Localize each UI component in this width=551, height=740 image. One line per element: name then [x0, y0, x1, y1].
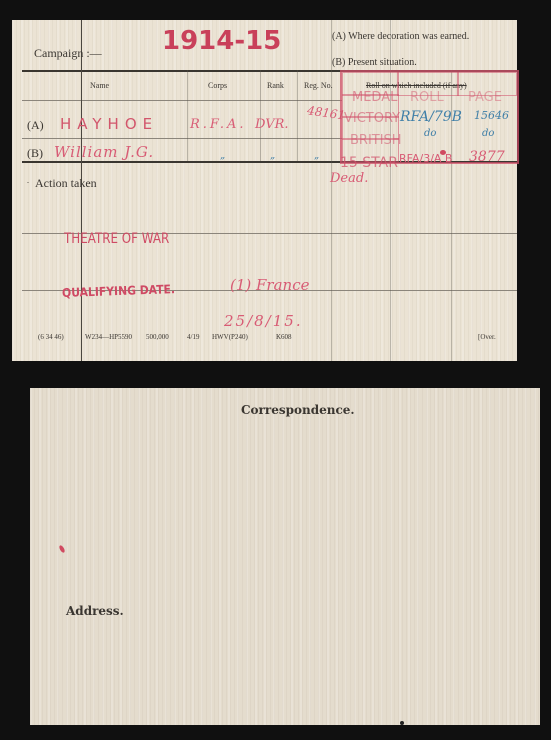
form-code: 4/19	[187, 333, 199, 341]
row-b-label: (B)	[27, 146, 43, 161]
col-divider	[331, 20, 332, 361]
surname-entry: HAYHOE	[60, 115, 158, 133]
stamp-medal-british: BRITISH	[350, 133, 402, 148]
ink-mark	[58, 545, 65, 554]
forenames-entry: William J.G.	[54, 143, 154, 161]
ditto-mark: „	[314, 150, 319, 161]
stamp-header-roll: ROLL	[410, 90, 444, 105]
bullet-dot: .	[27, 176, 29, 185]
form-code: (6 34 46)	[38, 333, 64, 341]
form-code: HWV(P240)	[212, 333, 248, 341]
campaign-stamp: 1914-15	[162, 26, 281, 56]
campaign-label: Campaign :—	[34, 46, 102, 61]
col-divider	[297, 70, 298, 161]
rank-entry: DVR.	[255, 117, 289, 132]
medal-card-front: Campaign :— 1914-15 (A) Where decoration…	[12, 20, 517, 361]
col-divider	[187, 70, 188, 161]
qualifying-date-stamp: QUALIFYING DATE.	[62, 282, 176, 300]
stamp-medal-victory: VICTORY	[344, 111, 400, 126]
stamp-medal-star: 15 STAR	[340, 155, 398, 171]
corps-entry: R.F.A.	[190, 117, 247, 132]
british-roll-entry: do	[424, 128, 436, 139]
action-taken-label: Action taken	[35, 176, 97, 191]
victory-page-entry: 15646	[474, 109, 509, 122]
victory-roll-entry: RFA/79B	[400, 109, 462, 125]
form-code: K608	[276, 333, 292, 341]
ink-mark	[440, 150, 446, 155]
col-header-corps: Corps	[208, 81, 227, 90]
col-header-reg-no: Reg. No.	[304, 81, 333, 90]
form-code: 500,000	[146, 333, 169, 341]
theatre-value: (1) France	[230, 276, 309, 294]
legend-a: (A) Where decoration was earned.	[332, 31, 469, 42]
column-header-rule	[22, 100, 342, 101]
col-divider	[260, 70, 261, 161]
over-marker: [Over.	[478, 333, 496, 341]
address-label: Address.	[66, 604, 124, 618]
legend-b: (B) Present situation.	[332, 57, 417, 68]
qualifying-date-value: 25/8/15.	[224, 312, 303, 330]
british-page-entry: do	[482, 128, 494, 139]
ditto-mark: „	[270, 150, 275, 161]
form-code: W234—HP5590	[85, 333, 132, 341]
ditto-mark: „	[220, 150, 225, 161]
stamp-header-medal: MEDAL	[352, 90, 397, 105]
medal-card-back: Correspondence. Address.	[30, 388, 540, 725]
stamp-header-page: PAGE	[468, 90, 502, 105]
punch-mark	[400, 721, 404, 725]
row-a-rule	[22, 138, 342, 139]
row-a-label: (A)	[27, 118, 44, 133]
star-page-entry: 3877	[469, 149, 505, 165]
col-header-name: Name	[90, 81, 109, 90]
correspondence-label: Correspondence.	[241, 403, 355, 417]
theatre-of-war-stamp: THEATRE OF WAR	[64, 231, 169, 247]
col-header-rank: Rank	[267, 81, 284, 90]
action-taken-value: Dead.	[330, 171, 368, 186]
